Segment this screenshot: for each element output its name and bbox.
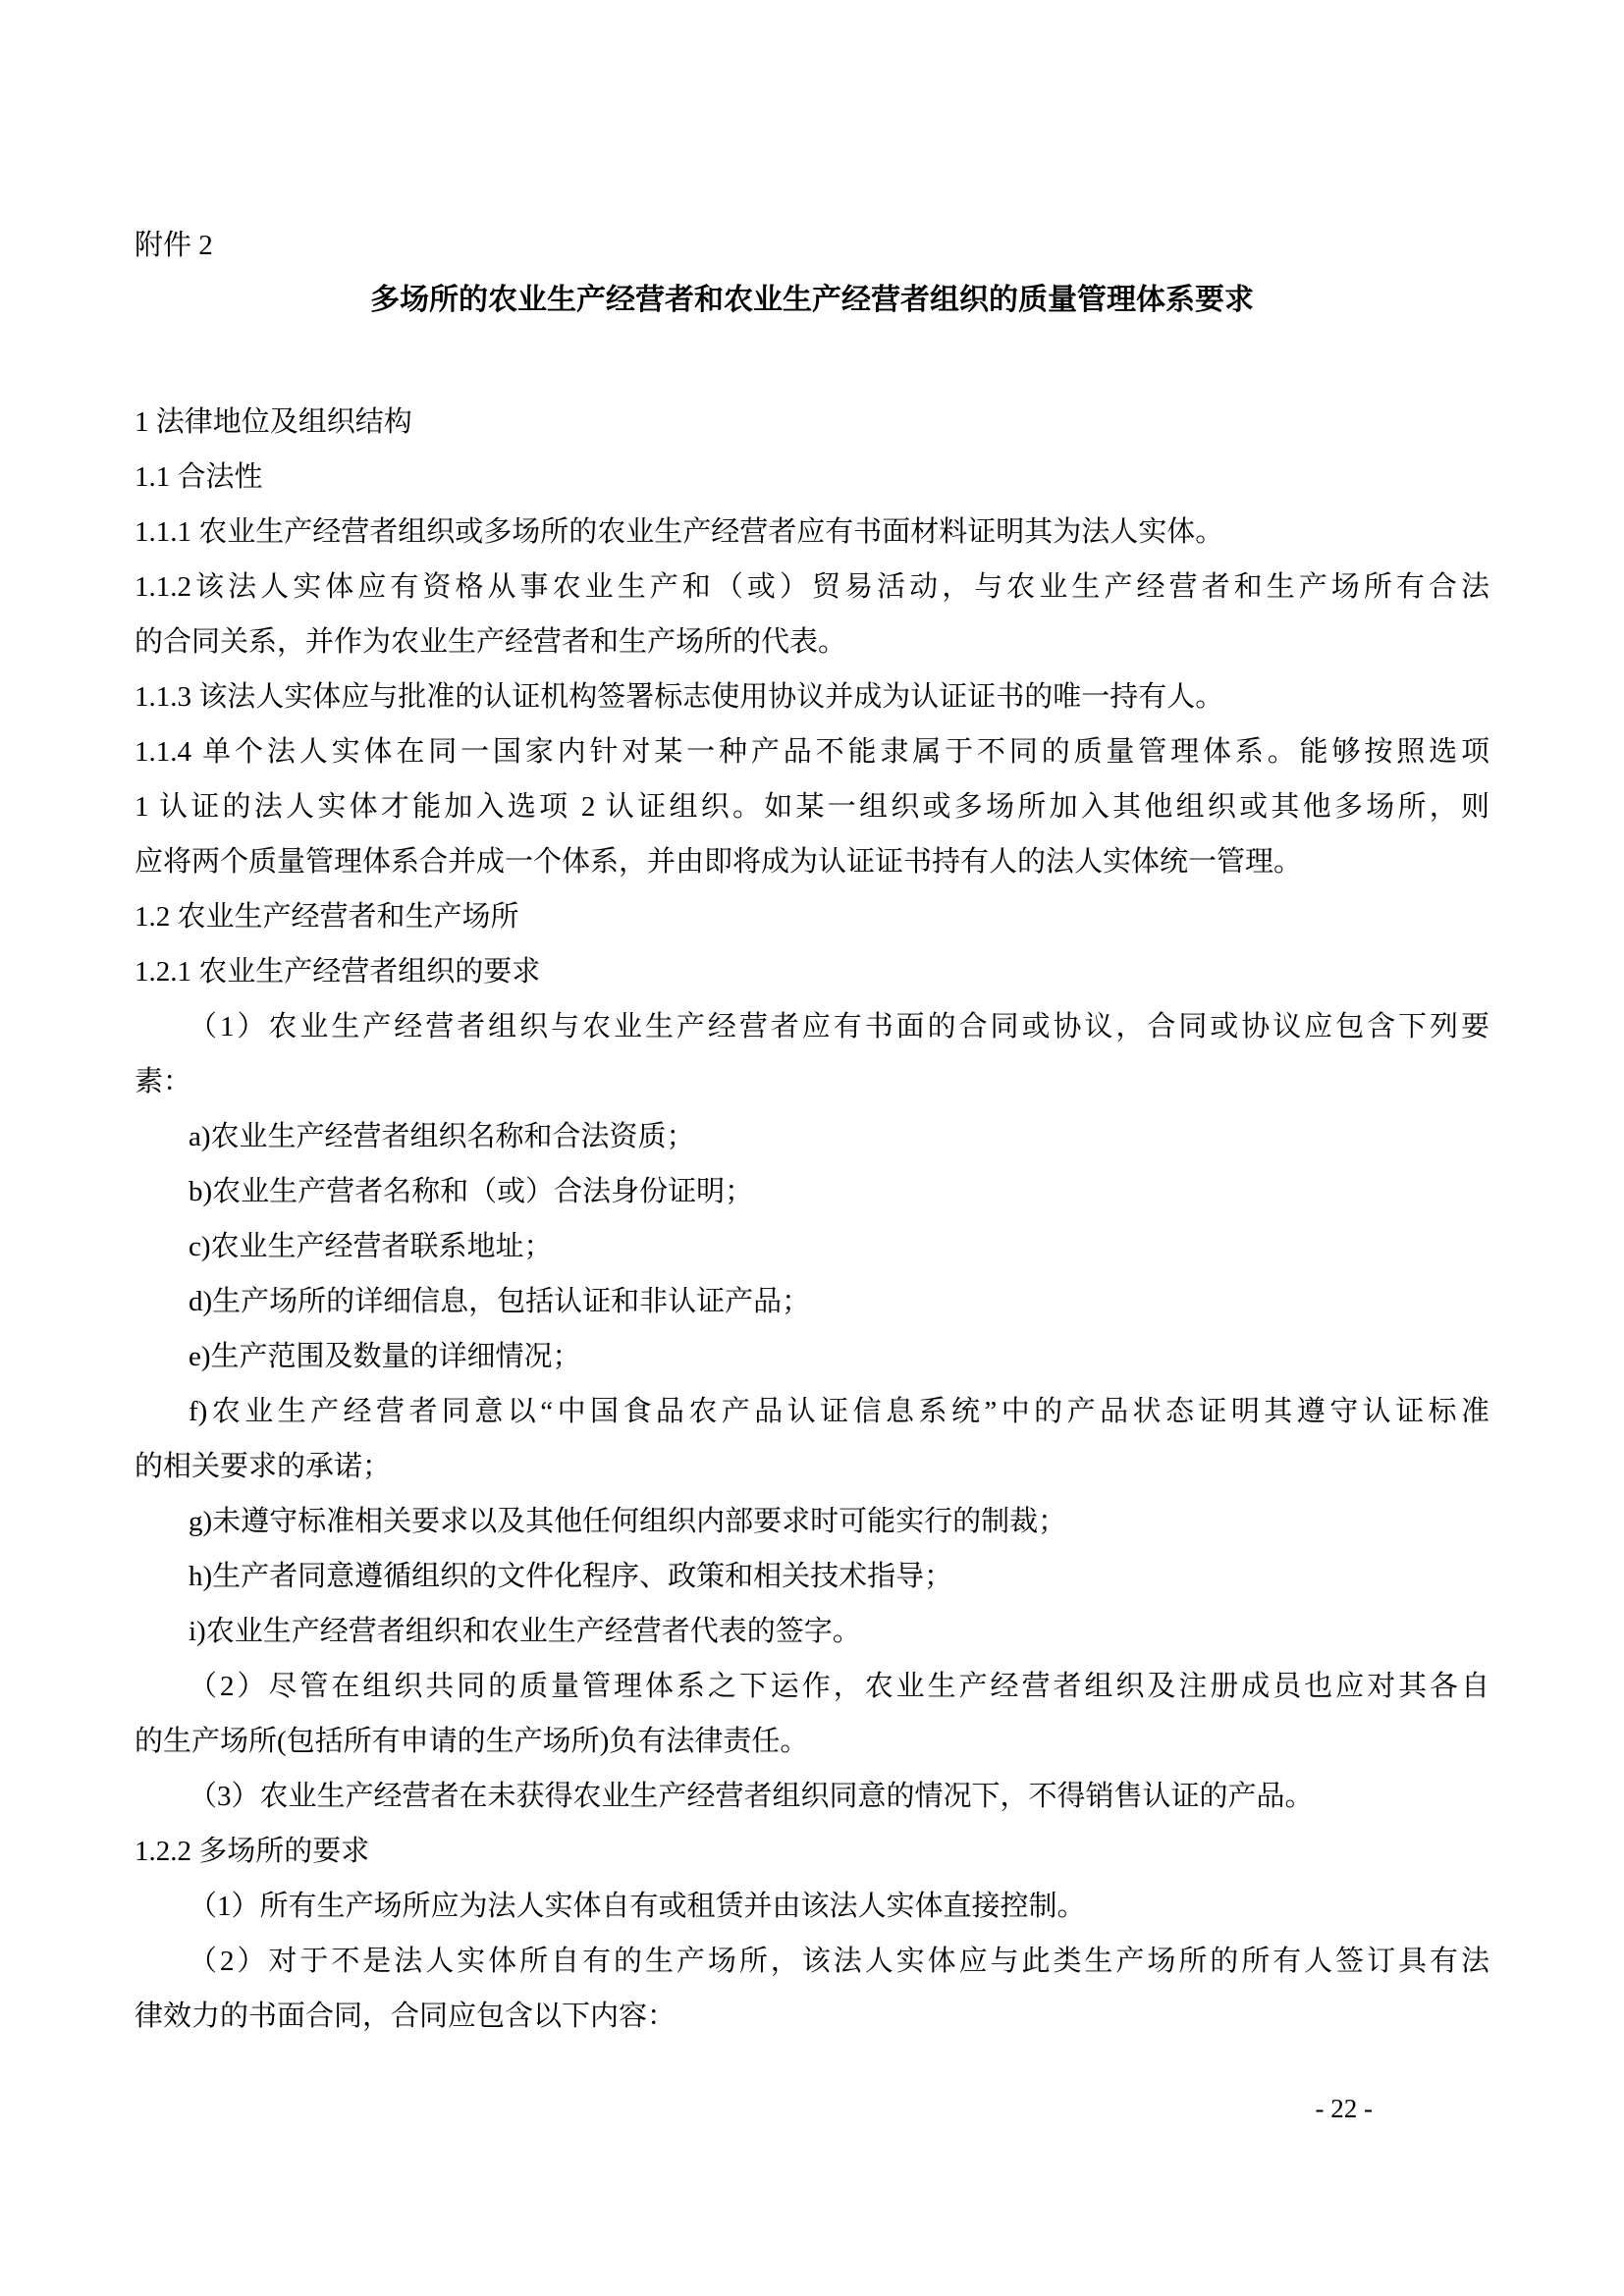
document-line: a)农业生产经营者组织名称和合法资质； [135,1109,1489,1164]
document-line: 1.1.4 单个法人实体在同一国家内针对某一种产品不能隶属于不同的质量管理体系。… [135,724,1489,779]
document-line: 的合同关系，并作为农业生产经营者和生产场所的代表。 [135,614,1489,669]
document-line: g)未遵守标准相关要求以及其他任何组织内部要求时可能实行的制裁； [135,1494,1489,1549]
document-line: 素： [135,1054,1489,1109]
document-line: d)生产场所的详细信息，包括认证和非认证产品； [135,1274,1489,1329]
document-line: 律效力的书面合同，合同应包含以下内容： [135,1989,1489,2044]
document-line: （2）尽管在组织共同的质量管理体系之下运作，农业生产经营者组织及注册成员也应对其… [135,1659,1489,1714]
document-line: （1）农业生产经营者组织与农业生产经营者应有书面的合同或协议，合同或协议应包含下… [135,999,1489,1054]
attachment-label: 附件 2 [135,218,1489,273]
document-line: h)生产者同意遵循组织的文件化程序、政策和相关技术指导； [135,1549,1489,1604]
document-line: e)生产范围及数量的详细情况； [135,1329,1489,1384]
document-line: 的相关要求的承诺； [135,1439,1489,1494]
document-line: i)农业生产经营者组织和农业生产经营者代表的签字。 [135,1604,1489,1659]
document-content: 附件 2 多场所的农业生产经营者和农业生产经营者组织的质量管理体系要求 1 法律… [135,218,1489,2044]
document-line: （1）所有生产场所应为法人实体自有或租赁并由该法人实体直接控制。 [135,1879,1489,1934]
document-line: 1 认证的法人实体才能加入选项 2 认证组织。如某一组织或多场所加入其他组织或其… [135,779,1489,834]
document-page: 附件 2 多场所的农业生产经营者和农业生产经营者组织的质量管理体系要求 1 法律… [0,0,1624,2296]
document-line: 1.1.1 农业生产经营者组织或多场所的农业生产经营者应有书面材料证明其为法人实… [135,505,1489,560]
document-line: 1.2.2 多场所的要求 [135,1824,1489,1879]
document-line: 1.2 农业生产经营者和生产场所 [135,889,1489,944]
page-number: - 22 - [135,2089,1373,2128]
document-line: 1.2.1 农业生产经营者组织的要求 [135,944,1489,999]
document-line: 应将两个质量管理体系合并成一个体系，并由即将成为认证证书持有人的法人实体统一管理… [135,834,1489,889]
document-line: b)农业生产营者名称和（或）合法身份证明； [135,1164,1489,1219]
document-line: 1.1 合法性 [135,450,1489,505]
document-line: 1.1.2该法人实体应有资格从事农业生产和（或）贸易活动，与农业生产经营者和生产… [135,560,1489,614]
document-line: c)农业生产经营者联系地址； [135,1219,1489,1274]
document-line: （3）农业生产经营者在未获得农业生产经营者组织同意的情况下，不得销售认证的产品。 [135,1769,1489,1824]
document-body: 1 法律地位及组织结构1.1 合法性1.1.1 农业生产经营者组织或多场所的农业… [135,395,1489,2044]
document-title: 多场所的农业生产经营者和农业生产经营者组织的质量管理体系要求 [135,273,1489,328]
document-line: 的生产场所(包括所有申请的生产场所)负有法律责任。 [135,1714,1489,1769]
document-line: f)农业生产经营者同意以“中国食品农产品认证信息系统”中的产品状态证明其遵守认证… [135,1384,1489,1439]
document-line: 1.1.3 该法人实体应与批准的认证机构签署标志使用协议并成为认证证书的唯一持有… [135,669,1489,724]
title-body-spacer [135,328,1489,395]
document-line: 1 法律地位及组织结构 [135,395,1489,450]
document-line: （2）对于不是法人实体所自有的生产场所，该法人实体应与此类生产场所的所有人签订具… [135,1934,1489,1989]
